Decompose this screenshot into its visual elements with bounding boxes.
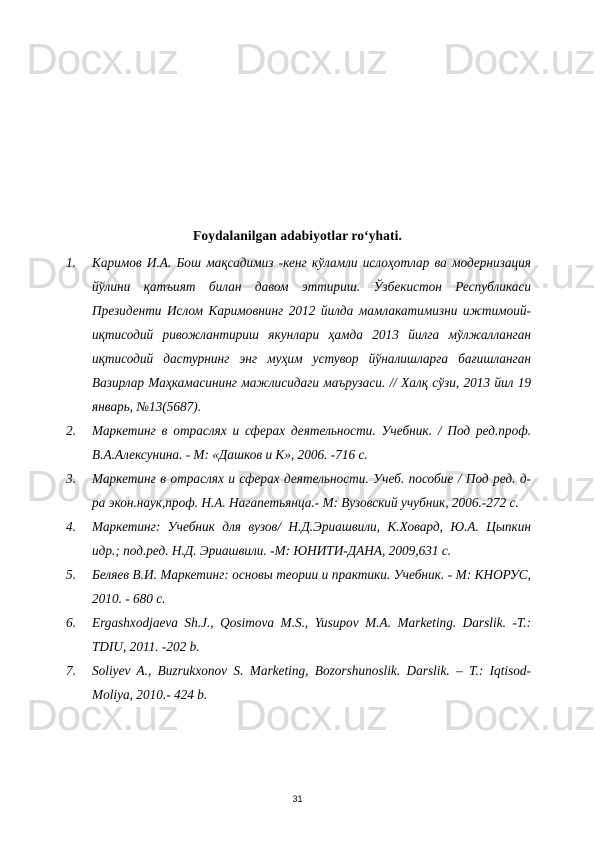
reference-number: 4.	[66, 515, 92, 563]
reference-item: 3. Маркетинг в отраслях и сферах деятель…	[66, 467, 531, 515]
reference-text: Беляев В.И. Маркетинг: основы теории и п…	[92, 563, 531, 611]
watermark-row: Docx.uz Docx.uz Docx.uz	[0, 40, 595, 80]
reference-list: 1. Каримов И.А. Бош мақсадимиз -кенг кўл…	[66, 251, 531, 707]
reference-item: 5. Беляев В.И. Маркетинг: основы теории …	[66, 563, 531, 611]
watermark: Docx.uz	[235, 40, 387, 80]
page-number: 31	[0, 794, 595, 804]
page-title: Foydalanilgan adabiyotlar ro‘yhati.	[0, 228, 595, 244]
reference-number: 3.	[66, 467, 92, 515]
reference-number: 5.	[66, 563, 92, 611]
reference-item: 2. Маркетинг в отраслях и сферах деятель…	[66, 419, 531, 467]
reference-text: Soliyev A., Buzrukxonov S. Marketing, Bo…	[92, 659, 531, 707]
reference-text: Маркетинг: Учебник для вузов/ Н.Д.Эриашв…	[92, 515, 531, 563]
reference-item: 7. Soliyev A., Buzrukxonov S. Marketing,…	[66, 659, 531, 707]
document-page: Docx.uz Docx.uz Docx.uz Docx.uz Docx.uz …	[0, 0, 595, 842]
reference-text: Маркетинг в отраслях и сферах деятельнос…	[92, 467, 531, 515]
reference-text: Маркетинг в отраслях и сферах деятельнос…	[92, 419, 531, 467]
reference-number: 7.	[66, 659, 92, 707]
reference-number: 1.	[66, 251, 92, 419]
reference-item: 1. Каримов И.А. Бош мақсадимиз -кенг кўл…	[66, 251, 531, 419]
reference-item: 6. Ergashxodjaeva Sh.J., Qosimova M.S., …	[66, 611, 531, 659]
reference-text: Ergashxodjaeva Sh.J., Qosimova M.S., Yus…	[92, 611, 531, 659]
reference-text: Каримов И.А. Бош мақсадимиз -кенг кўламл…	[92, 251, 531, 419]
watermark: Docx.uz	[26, 40, 178, 80]
reference-number: 6.	[66, 611, 92, 659]
reference-item: 4. Маркетинг: Учебник для вузов/ Н.Д.Эри…	[66, 515, 531, 563]
reference-number: 2.	[66, 419, 92, 467]
watermark: Docx.uz	[443, 40, 595, 80]
